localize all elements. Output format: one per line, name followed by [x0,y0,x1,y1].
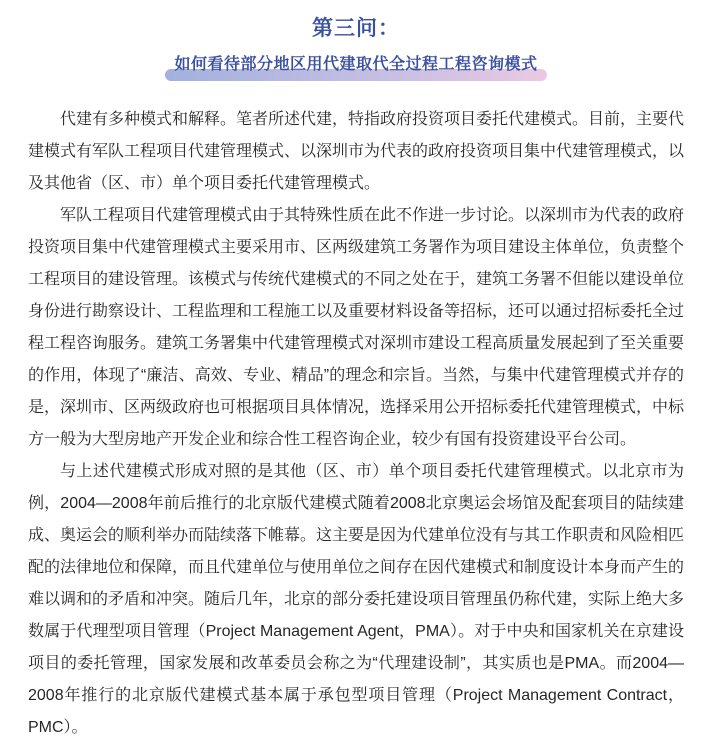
document-body: 代建有多种模式和解释。笔者所述代建，特指政府投资项目委托代建模式。目前，主要代建… [0,104,712,744]
page-subtitle: 如何看待部分地区用代建取代全过程工程咨询模式 [174,54,537,76]
page-subtitle-text: 如何看待部分地区用代建取代全过程工程咨询模式 [174,56,537,73]
page-title: 第三问： [0,16,712,42]
subtitle-row: 如何看待部分地区用代建取代全过程工程咨询模式 [0,54,712,76]
paragraph-1: 代建有多种模式和解释。笔者所述代建，特指政府投资项目委托代建模式。目前，主要代建… [28,104,684,200]
paragraph-3: 与上述代建模式形成对照的是其他（区、市）单个项目委托代建管理模式。以北京市为例，… [28,456,684,744]
document-header: 第三问： 如何看待部分地区用代建取代全过程工程咨询模式 [0,16,712,76]
paragraph-2: 军队工程项目代建管理模式由于其特殊性质在此不作进一步讨论。以深圳市为代表的政府投… [28,200,684,456]
